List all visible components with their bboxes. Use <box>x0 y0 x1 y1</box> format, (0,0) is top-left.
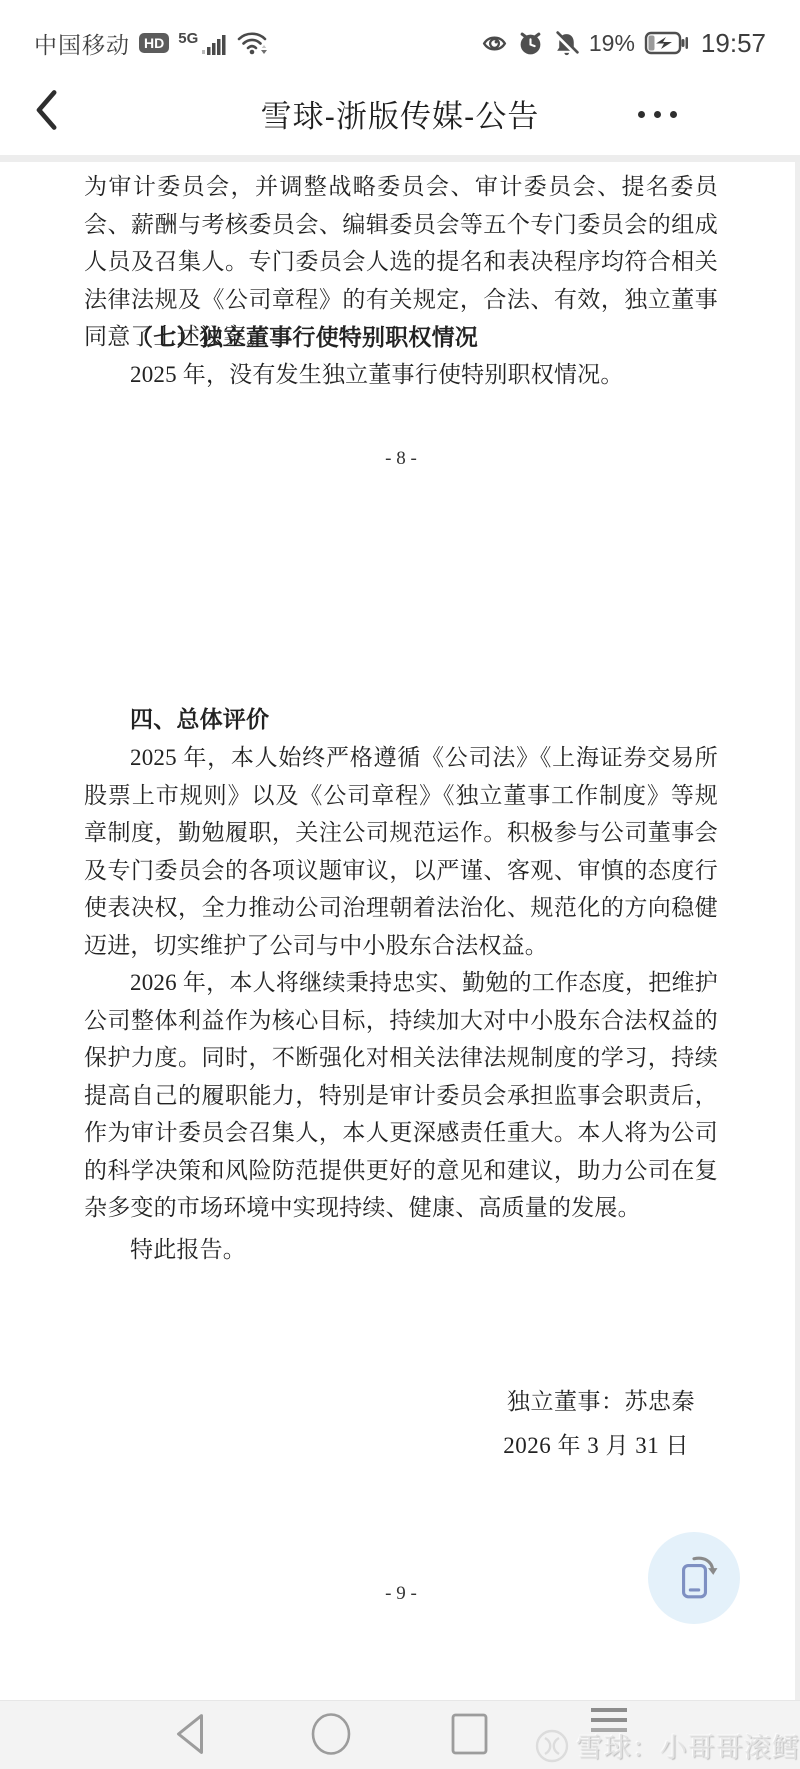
signature-date: 2026 年 3 月 31 日 <box>503 1427 689 1460</box>
android-back-button[interactable] <box>172 1711 208 1760</box>
rotate-screen-button[interactable] <box>648 1532 740 1624</box>
back-triangle-icon <box>172 1711 208 1757</box>
page-number-9: - 9 - <box>84 1583 718 1605</box>
document-viewer[interactable]: 为审计委员会，并调整战略委员会、审计委员会、提名委员会、薪酬与考核委员会、编辑委… <box>84 0 718 1700</box>
home-circle-icon <box>310 1712 352 1756</box>
doc-paragraph: 2025 年，本人始终严格遵循《公司法》《上海证券交易所股票上市规则》以及《公司… <box>84 739 718 964</box>
system-navbar <box>0 1700 800 1769</box>
doc-heading-seven: （七）独立董事行使特别职权情况 <box>84 319 718 357</box>
doc-heading-four: 四、总体评价 <box>84 701 718 739</box>
rotate-phone-icon <box>669 1553 719 1603</box>
doc-paragraph: 特此报告。 <box>84 1231 718 1269</box>
doc-paragraph: 2025 年，没有发生独立董事行使特别职权情况。 <box>84 356 718 394</box>
signature-line: 独立董事：苏忠秦 <box>507 1383 695 1416</box>
phone-screen: 中国移动 HD 5G <box>0 0 800 1769</box>
android-home-button[interactable] <box>310 1712 352 1759</box>
menu-lines-icon <box>588 1705 630 1739</box>
recents-square-icon <box>451 1713 489 1755</box>
scrollbar-track[interactable] <box>795 162 800 1700</box>
doc-paragraph: 2026 年，本人将继续秉持忠实、勤勉的工作态度，把维护公司整体利益作为核心目标… <box>84 964 718 1227</box>
notification-panel-button[interactable] <box>588 1705 630 1742</box>
android-recents-button[interactable] <box>451 1713 489 1758</box>
page-number-8: - 8 - <box>84 448 718 470</box>
